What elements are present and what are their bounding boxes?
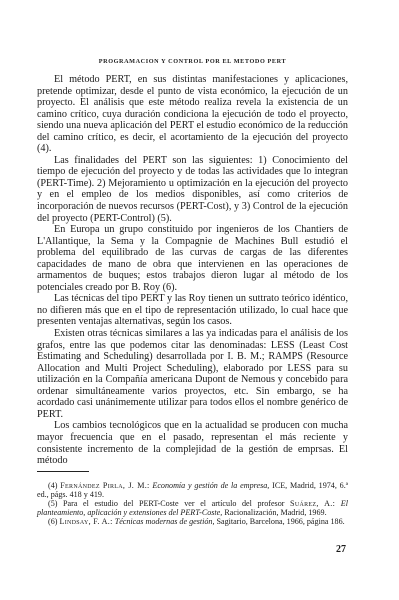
running-head: PROGRAMACION Y CONTROL POR EL METODO PER…: [37, 58, 348, 65]
footnote-title: Economía y gestión de la empresa,: [152, 481, 269, 490]
footnote-number: (6): [48, 517, 57, 526]
footnotes: (4) Fernández Pirla, J. M.: Economía y g…: [37, 481, 348, 526]
footnote-pre: Para el estudio del PERT-Coste ver el ar…: [63, 499, 284, 508]
page-number: 27: [336, 544, 346, 555]
body-text: El método PERT, en sus distintas manifes…: [37, 74, 348, 467]
footnote-author: Lindsay, F. A.:: [59, 517, 112, 526]
footnote-author: Fernández Pirla, J. M.:: [60, 481, 149, 490]
footnote: (4) Fernández Pirla, J. M.: Economía y g…: [37, 481, 348, 499]
footnote-divider: [37, 471, 89, 472]
footnote-author: Suárez, A.:: [290, 499, 335, 508]
footnote-rest: Racionalización, Madrid, 1969.: [224, 508, 326, 517]
footnote-rest: Sagitario, Barcelona, 1966, página 186.: [217, 517, 345, 526]
paragraph: Las finalidades del PERT son las siguien…: [37, 155, 348, 224]
footnote-number: (4): [48, 481, 57, 490]
footnote: (5) Para el estudio del PERT-Coste ver e…: [37, 499, 348, 517]
paragraph: En Europa un grupo constituido por ingen…: [37, 224, 348, 293]
footnote-title: Técnicas modernas de gestión,: [115, 517, 215, 526]
paragraph: Los cambios tecnológicos que en la actua…: [37, 420, 348, 466]
paragraph: El método PERT, en sus distintas manifes…: [37, 74, 348, 155]
footnote: (6) Lindsay, F. A.: Técnicas modernas de…: [37, 517, 348, 526]
paragraph: Existen otras técnicas similares a las y…: [37, 328, 348, 420]
footnote-number: (5): [48, 499, 57, 508]
paragraph: Las técnicas del tipo PERT y las Roy tie…: [37, 293, 348, 328]
